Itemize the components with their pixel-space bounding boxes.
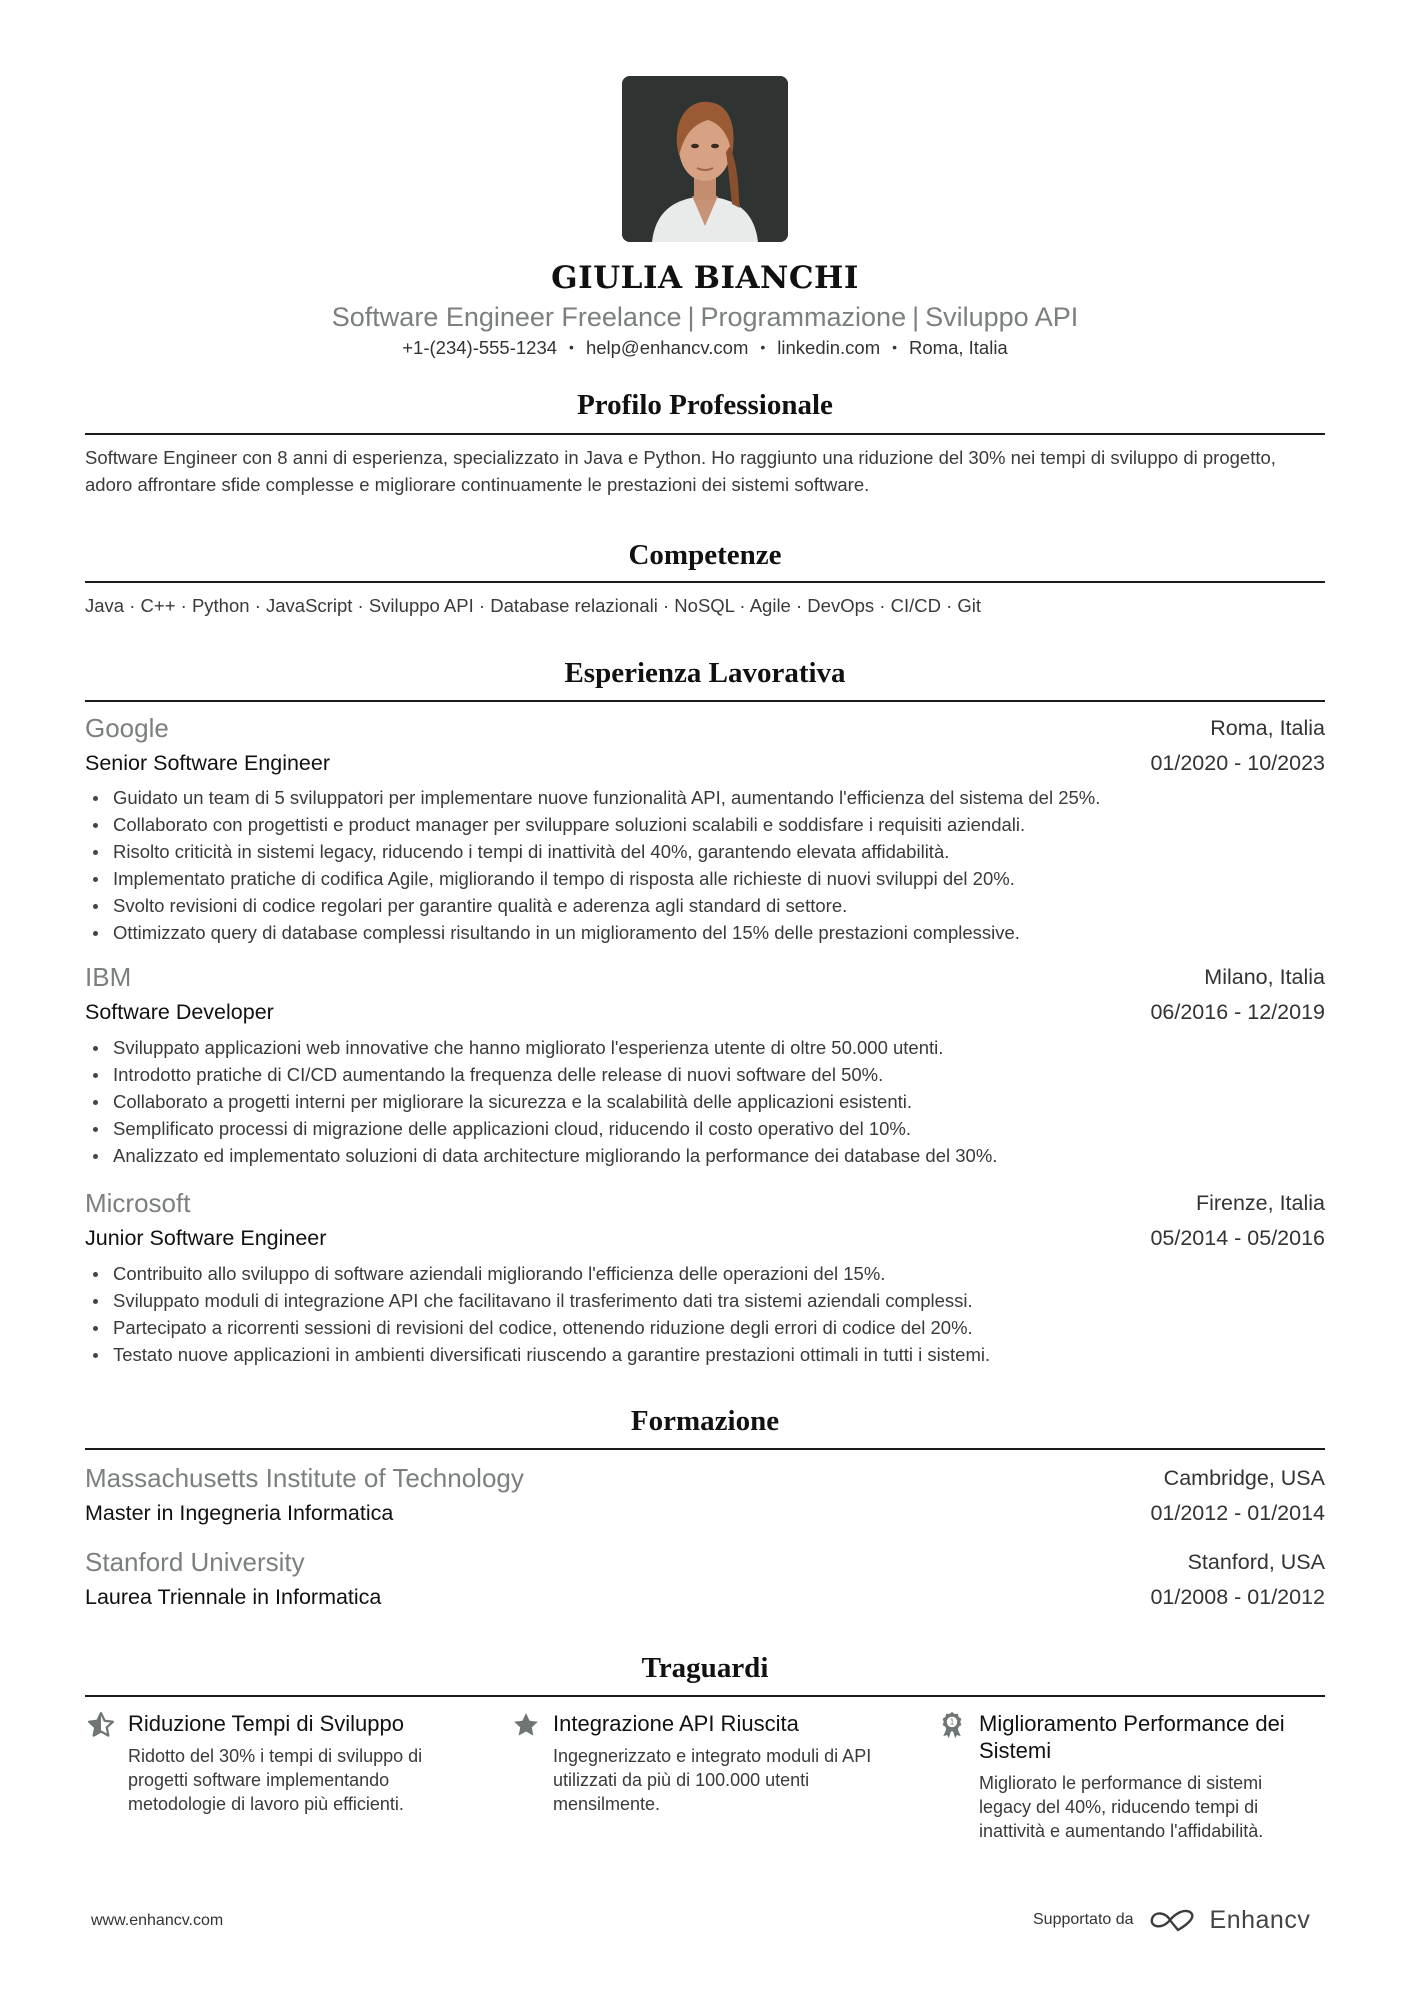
skill-separator: · [791, 595, 807, 616]
star-icon [511, 1710, 541, 1740]
svg-text:1: 1 [950, 1718, 955, 1727]
contact-separator: • [880, 339, 909, 355]
skill-item: Python [192, 595, 250, 616]
section-divider [85, 581, 1325, 583]
achievement-item: Riduzione Tempi di Sviluppo Ridotto del … [86, 1710, 466, 1816]
school-location: Stanford, USA [1188, 1547, 1325, 1577]
section-divider [85, 1448, 1325, 1450]
bullet-item: Sviluppato moduli di integrazione API ch… [85, 1287, 1325, 1314]
enhancv-brand[interactable]: Enhancv [1210, 1906, 1311, 1935]
contact-line: +1-(234)-555-1234•help@enhancv.com•linke… [85, 337, 1325, 360]
skill-item: Git [957, 595, 981, 616]
company-name: IBM [85, 962, 131, 992]
powered-by-label: Supportato da [1033, 1911, 1134, 1929]
school-name: Stanford University [85, 1547, 305, 1577]
job-location: Milano, Italia [1204, 962, 1325, 992]
achievement-description: Ridotto del 30% i tempi di sviluppo di p… [128, 1744, 468, 1816]
profile-summary: Software Engineer con 8 anni di esperien… [85, 444, 1325, 498]
achievement-item: 1 Miglioramento Performance dei Sistemi … [937, 1710, 1317, 1843]
powered-by: Supportato da Enhancv [1033, 1905, 1310, 1935]
job-title: Software Developer [85, 997, 274, 1027]
award-ribbon-icon: 1 [937, 1710, 967, 1740]
achievement-title: Miglioramento Performance dei Sistemi [979, 1710, 1319, 1764]
candidate-name: GIULIA BIANCHI [85, 260, 1325, 296]
job-dates: 06/2016 - 12/2019 [1150, 997, 1325, 1027]
skill-separator: · [941, 595, 957, 616]
skill-separator: · [874, 595, 890, 616]
section-title-education: Formazione [85, 1405, 1325, 1437]
skill-item: Agile [750, 595, 791, 616]
phone[interactable]: +1-(234)-555-1234 [402, 337, 557, 358]
school-name: Massachusetts Institute of Technology [85, 1463, 524, 1493]
contact-separator: • [557, 339, 586, 355]
bullet-item: Sviluppato applicazioni web innovative c… [85, 1034, 1325, 1061]
skill-item: JavaScript [266, 595, 352, 616]
section-divider [85, 433, 1325, 435]
location: Roma, Italia [909, 337, 1008, 358]
job-bullets: Guidato un team di 5 sviluppatori per im… [85, 784, 1325, 946]
degree: Master in Ingegneria Informatica [85, 1498, 393, 1528]
skill-separator: · [658, 595, 674, 616]
bullet-item: Partecipato a ricorrenti sessioni di rev… [85, 1314, 1325, 1341]
bullet-item: Contribuito allo sviluppo di software az… [85, 1260, 1325, 1287]
skill-item: Java [85, 595, 124, 616]
job-location: Roma, Italia [1210, 713, 1325, 743]
skill-item: NoSQL [674, 595, 734, 616]
bullet-item: Collaborato con progettisti e product ma… [85, 811, 1325, 838]
achievement-description: Migliorato le performance di sistemi leg… [979, 1771, 1319, 1843]
job-dates: 05/2014 - 05/2016 [1150, 1223, 1325, 1253]
achievement-title: Integrazione API Riuscita [553, 1710, 893, 1737]
star-half-icon [86, 1710, 116, 1740]
school-location: Cambridge, USA [1164, 1463, 1325, 1493]
section-title-achievements: Traguardi [85, 1652, 1325, 1684]
education-dates: 01/2008 - 01/2012 [1150, 1582, 1325, 1612]
section-title-profile: Profilo Professionale [85, 389, 1325, 421]
headline-part: Programmazione [701, 302, 907, 332]
degree: Laurea Triennale in Informatica [85, 1582, 381, 1612]
skill-item: Database relazionali [490, 595, 658, 616]
job-bullets: Sviluppato applicazioni web innovative c… [85, 1034, 1325, 1169]
skill-separator: · [176, 595, 192, 616]
skill-separator: · [474, 595, 490, 616]
job-dates: 01/2020 - 10/2023 [1150, 748, 1325, 778]
skill-separator: · [124, 595, 140, 616]
achievement-title: Riduzione Tempi di Sviluppo [128, 1710, 468, 1737]
profile-photo [622, 76, 788, 242]
skills-list: Java · C++ · Python · JavaScript · Svilu… [85, 592, 1325, 619]
company-name: Google [85, 713, 169, 743]
skill-separator: · [352, 595, 368, 616]
section-title-skills: Competenze [85, 539, 1325, 571]
website-link[interactable]: www.enhancv.com [91, 1912, 223, 1930]
skill-item: Sviluppo API [369, 595, 474, 616]
headline: Software Engineer Freelance|Programmazio… [85, 300, 1325, 334]
skill-separator: · [734, 595, 749, 616]
linkedin-link[interactable]: linkedin.com [777, 337, 880, 358]
bullet-item: Ottimizzato query di database complessi … [85, 919, 1325, 946]
achievement-item: Integrazione API Riuscita Ingegnerizzato… [511, 1710, 891, 1816]
job-bullets: Contribuito allo sviluppo di software az… [85, 1260, 1325, 1368]
email-link[interactable]: help@enhancv.com [586, 337, 748, 358]
headline-part: Sviluppo API [925, 302, 1078, 332]
headline-separator: | [906, 302, 925, 332]
bullet-item: Testato nuove applicazioni in ambienti d… [85, 1341, 1325, 1368]
skill-separator: · [250, 595, 266, 616]
skill-item: DevOps [807, 595, 874, 616]
job-location: Firenze, Italia [1196, 1188, 1325, 1218]
section-divider [85, 700, 1325, 702]
job-title: Senior Software Engineer [85, 748, 330, 778]
section-divider [85, 1695, 1325, 1697]
enhancv-logo-icon [1148, 1907, 1198, 1933]
company-name: Microsoft [85, 1188, 190, 1218]
bullet-item: Semplificato processi di migrazione dell… [85, 1115, 1325, 1142]
bullet-item: Implementato pratiche di codifica Agile,… [85, 865, 1325, 892]
headline-part: Software Engineer Freelance [332, 302, 682, 332]
education-dates: 01/2012 - 01/2014 [1150, 1498, 1325, 1528]
skill-item: CI/CD [891, 595, 941, 616]
bullet-item: Svolto revisioni di codice regolari per … [85, 892, 1325, 919]
headline-separator: | [681, 302, 700, 332]
section-title-experience: Esperienza Lavorativa [85, 657, 1325, 689]
achievement-description: Ingegnerizzato e integrato moduli di API… [553, 1744, 893, 1816]
contact-separator: • [748, 339, 777, 355]
bullet-item: Collaborato a progetti interni per migli… [85, 1088, 1325, 1115]
bullet-item: Analizzato ed implementato soluzioni di … [85, 1142, 1325, 1169]
job-title: Junior Software Engineer [85, 1223, 326, 1253]
skill-item: C++ [141, 595, 176, 616]
bullet-item: Risolto criticità in sistemi legacy, rid… [85, 838, 1325, 865]
bullet-item: Introdotto pratiche di CI/CD aumentando … [85, 1061, 1325, 1088]
bullet-item: Guidato un team di 5 sviluppatori per im… [85, 784, 1325, 811]
